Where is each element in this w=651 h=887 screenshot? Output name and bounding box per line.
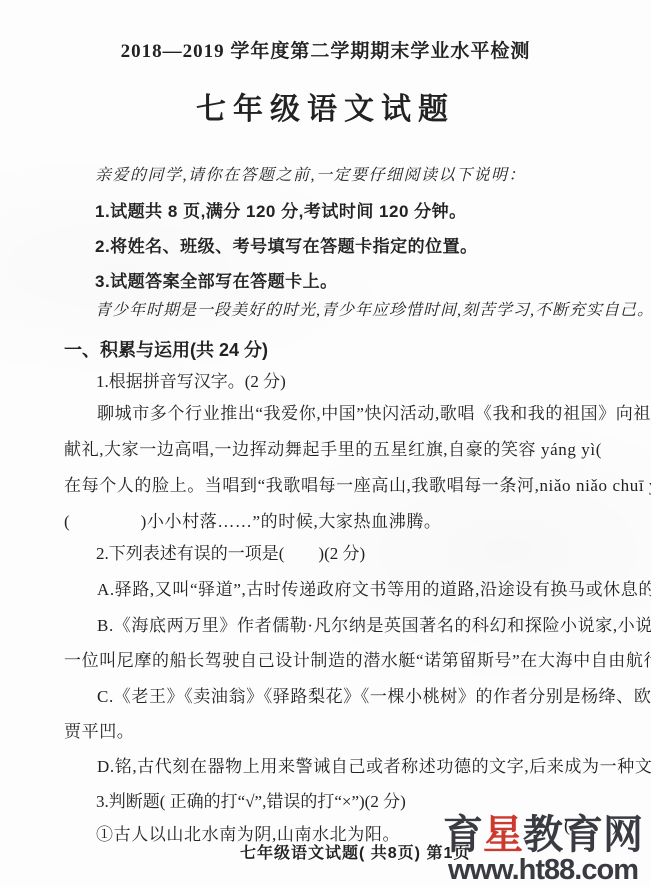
site-logo-url: www.ht88.com [437, 856, 649, 885]
question-1-text-line: 献礼,大家一边高唱,一边挥动舞起手里的五星红旗,自豪的笑容 yáng yì( ) [64, 435, 651, 460]
instruction-1: 1.试题共 8 页,满分 120 分,考试时间 120 分钟。 [95, 197, 467, 222]
site-logo-name: 育星教育网 [437, 815, 649, 855]
exam-paper-page: 2018—2019 学年度第二学期期末学业水平检测 七年级语文试题 亲爱的同学,… [0, 0, 651, 887]
page-footer: 七年级语文试题( 共8页) 第1页 [240, 840, 470, 863]
question-2-option-c: C.《老王》《卖油翁》《驿路梨花》《一棵小桃树》的作者分别是杨绛、欧阳修、彭荆风… [64, 682, 651, 707]
question-2-option-c-continued: 贾平凹。 [64, 717, 134, 742]
instruction-3: 3.试题答案全部写在答题卡上。 [95, 267, 338, 292]
question-1-text-line: ( )小小村落……”的时候,大家热血沸腾。 [64, 507, 442, 532]
motto-line: 青少年时期是一段美好的时光,青少年应珍惜时间,刻苦学习,不断充实自己。 [95, 297, 651, 320]
instruction-2: 2.将姓名、班级、考号填写在答题卡指定的位置。 [95, 232, 478, 257]
question-3-stem: 3.判断题( 正确的打“√”,错误的打“×”)(2 分) [96, 787, 406, 812]
exam-session-heading: 2018—2019 学年度第二学期期末学业水平检测 [0, 36, 651, 63]
notice-line: 亲爱的同学,请你在答题之前,一定要仔细阅读以下说明： [95, 162, 526, 185]
question-2-stem: 2.下列表述有误的一项是( )(2 分) [96, 539, 365, 564]
question-1-text-line: 在每个人的脸上。当唱到“我歌唱每一座高山,我歌唱每一条河,niǎo niǎo c… [64, 471, 651, 496]
question-1-text-line: 聊城市多个行业推出“我爱你,中国”快闪活动,歌唱《我和我的祖国》向祖国 70 华… [64, 399, 651, 424]
site-logo: 育星教育网 www.ht88.com [437, 815, 649, 887]
section-1-heading: 一、积累与运用(共 24 分) [64, 336, 268, 362]
question-2-option-b-continued: 一位叫尼摩的船长驾驶自己设计制造的潜水艇“诺第留斯号”在大海中自由航行的故事。 [64, 646, 651, 671]
question-2-option-a: A.驿路,又叫“驿道”,古时传递政府文书等用的道路,沿途设有换马或休息的驿站。 [64, 575, 651, 600]
site-logo-name-post: 教育网 [523, 813, 643, 857]
site-logo-name-red: 星 [483, 813, 523, 857]
page-title: 七年级语文试题 [0, 84, 651, 128]
question-2-option-d: D.铭,古代刻在器物上用来警诫自己或者称述功德的文字,后来成为一种文体。 [64, 752, 651, 777]
question-2-option-b: B.《海底两万里》作者儒勒·凡尔纳是英国著名的科幻和探险小说家,小说讲述的是 [64, 611, 651, 636]
site-logo-name-pre: 育 [443, 813, 483, 857]
question-1-stem: 1.根据拼音写汉字。(2 分) [96, 367, 286, 392]
